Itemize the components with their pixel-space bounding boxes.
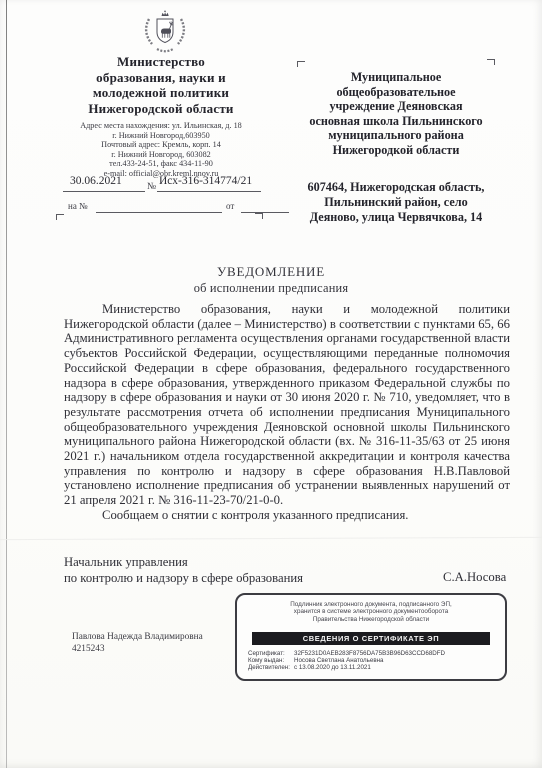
scanned-letter-page: Министерство образования, науки и молоде… — [0, 0, 542, 768]
paper-crease — [0, 537, 542, 541]
document-body: Министерство образования, науки и молоде… — [64, 302, 510, 523]
ministry-address: Адрес места нахождения: ул. Ильинская, д… — [30, 121, 292, 179]
signer-position: Начальник управления по контролю и надзо… — [64, 555, 303, 586]
certificate-fields: Сертификат:32F5231D0AEB283F8756DA75B3B96… — [248, 650, 445, 671]
recipient-name-line: учреждение Деяновская — [296, 99, 496, 114]
stamp-header-line: Правительства Нижегородской области — [237, 616, 505, 623]
number-underline — [157, 191, 261, 192]
executor-name: Павлова Надежда Владимировна — [72, 632, 203, 644]
body-paragraph: Министерство образования, науки и молоде… — [64, 302, 510, 508]
recipient-name-line: Муниципальное — [296, 70, 496, 85]
certificate-label: Сертификат: — [248, 650, 294, 657]
reference-date-label: от — [226, 201, 234, 211]
stamp-header: Подлинник электронного документа, подпис… — [237, 601, 505, 623]
certificate-value: с 13.08.2020 до 13.11.2021 — [294, 664, 371, 671]
outgoing-number: Исх-316-314774/21 — [159, 175, 252, 187]
ministry-name-line: молодежной политики — [30, 85, 292, 101]
certificate-info-bar: СВЕДЕНИЯ О СЕРТИФИКАТЕ ЭП — [252, 632, 490, 645]
document-subtitle: об исполнении предписания — [0, 281, 542, 296]
recipient-address: 607464, Нижегородская область, Пильнинск… — [296, 180, 496, 224]
recipient-address-line: Деяново, улица Червячкова, 14 — [296, 210, 496, 225]
ministry-name-line: Нижегородской области — [30, 101, 292, 117]
executor-phone: 4215243 — [72, 644, 203, 656]
reference-number-label: на № — [68, 201, 88, 211]
signer-position-line: Начальник управления — [64, 555, 303, 571]
crown-icon — [162, 12, 169, 16]
date-underline — [63, 191, 145, 192]
executor-info: Павлова Надежда Владимировна 4215243 — [72, 632, 203, 655]
certificate-row: Кому выдан:Носова Светлана Анатольевна — [248, 657, 445, 664]
wreath-left — [146, 19, 152, 44]
corner-mark — [56, 214, 64, 220]
corner-mark — [487, 59, 495, 65]
recipient-name-line: основная школа Пильнинского — [296, 114, 496, 129]
ministry-name-line: образования, науки и — [30, 70, 292, 86]
certificate-value: 32F5231D0AEB283F8756DA75B3B96D63CCD68DFD — [294, 650, 445, 657]
recipient-address-line: 607464, Нижегородская область, — [296, 180, 496, 195]
ministry-address-line: г. Нижний Новгород,603950 — [30, 131, 292, 141]
recipient-name: Муниципальное общеобразовательное учрежд… — [296, 70, 496, 158]
wreath-right — [178, 19, 184, 44]
signer-name: С.А.Носова — [443, 570, 506, 585]
scan-artifact-left-edge — [6, 0, 7, 768]
recipient-address-line: Пильнинский район, село — [296, 195, 496, 210]
ministry-address-line: Почтовый адрес: Кремль, корп. 14 — [30, 140, 292, 150]
certificate-label: Кому выдан: — [248, 657, 294, 664]
body-paragraph: Сообщаем о снятии с контроля указанного … — [64, 508, 510, 523]
corner-mark — [255, 213, 263, 219]
reference-date-blank — [241, 212, 289, 213]
corner-mark — [297, 61, 305, 67]
document-date: 30.06.2021 — [70, 175, 122, 187]
ministry-address-line: г. Нижний Новгород, 603082 — [30, 150, 292, 160]
digital-signature-stamp: Подлинник электронного документа, подпис… — [235, 593, 507, 681]
ministry-name-line: Министерство — [30, 54, 292, 70]
stamp-header-line: хранится в системе электронного документ… — [237, 608, 505, 615]
certificate-row: Сертификат:32F5231D0AEB283F8756DA75B3B96… — [248, 650, 445, 657]
number-sign: № — [147, 182, 156, 192]
certificate-row: Действителен:с 13.08.2020 до 13.11.2021 — [248, 664, 445, 671]
certificate-value: Носова Светлана Анатольевна — [294, 657, 383, 664]
recipient-name-line: Нижегородкой области — [296, 143, 496, 158]
certificate-label: Действителен: — [248, 664, 294, 671]
reference-number-blank — [96, 212, 222, 213]
document-title: УВЕДОМЛЕНИЕ — [0, 264, 542, 280]
ministry-address-line: тел.433-24-51, факс 434-11-90 — [30, 159, 292, 169]
ministry-address-line: Адрес места нахождения: ул. Ильинская, д… — [30, 121, 292, 131]
ribbon — [157, 49, 173, 51]
coat-of-arms-emblem — [133, 7, 197, 57]
recipient-name-line: муниципального района — [296, 128, 496, 143]
signer-position-line: по контролю и надзору в сфере образовани… — [64, 571, 303, 587]
recipient-name-line: общеобразовательное — [296, 85, 496, 100]
ministry-name: Министерство образования, науки и молоде… — [30, 54, 292, 116]
